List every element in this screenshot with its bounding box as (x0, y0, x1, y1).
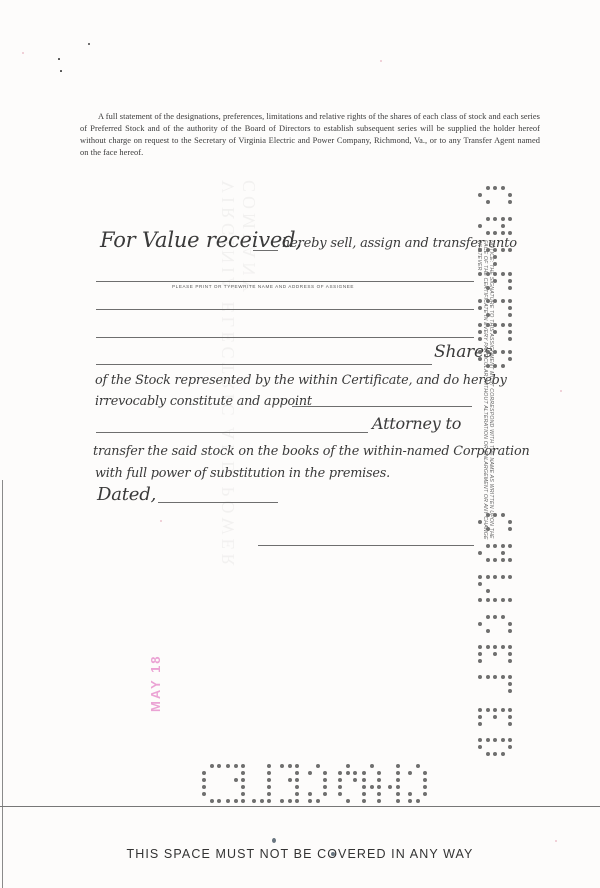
attorney-line[interactable] (96, 432, 368, 433)
perforation-dot (493, 272, 497, 276)
perforation-dot (486, 589, 490, 593)
perforation-dot (508, 286, 512, 290)
perforation-dot (295, 785, 299, 789)
perforation-dot (295, 764, 299, 768)
perforation-dot (346, 764, 350, 768)
stock-represented-text: of the Stock represented by the within C… (95, 373, 507, 388)
substitution-text: with full power of substitution in the p… (95, 466, 390, 481)
perforation-dot (486, 200, 490, 204)
perforation-dot (486, 615, 490, 619)
perforation-dot (408, 792, 412, 796)
perforation-dot (423, 771, 427, 775)
assignee-caption: PLEASE PRINT OR TYPEWRITE NAME AND ADDRE… (172, 284, 354, 289)
perforation-dot (316, 799, 320, 803)
perforation-dot (493, 255, 497, 259)
blank-line (253, 250, 278, 251)
perforation-dot (501, 231, 505, 235)
dated-label: Dated, (97, 484, 156, 505)
perforation-dot (493, 752, 497, 756)
perforation-dot (202, 771, 206, 775)
perforation-dot (423, 778, 427, 782)
perforation-dot (486, 323, 490, 327)
do-not-cover-notice: THIS SPACE MUST NOT BE COVERED IN ANY WA… (0, 847, 600, 861)
perforation-dot (338, 771, 342, 775)
perforation-dot (478, 659, 482, 663)
perforation-dot (478, 722, 482, 726)
perforation-dot (508, 299, 512, 303)
perforation-dot (362, 792, 366, 796)
perforation-dot (501, 708, 505, 712)
perforation-dot (493, 350, 497, 354)
perforation-dot (493, 299, 497, 303)
perforation-dot (508, 520, 512, 524)
perforation-dot (478, 357, 482, 361)
perforation-dot (486, 527, 490, 531)
irrevocably-text: irrevocably constitute and appoint (95, 394, 312, 409)
perforation-dot (202, 778, 206, 782)
perforation-dot (241, 799, 245, 803)
perforation-dot (316, 764, 320, 768)
perforation-dot (508, 689, 512, 693)
perforation-dot (210, 764, 214, 768)
perforation-dot (508, 200, 512, 204)
perforation-dot (478, 520, 482, 524)
perforation-dot (323, 778, 327, 782)
perforation-dot (501, 738, 505, 742)
perforation-dot (493, 279, 497, 283)
perforation-dot (323, 785, 327, 789)
perforation-dot (202, 785, 206, 789)
perforation-dot (478, 582, 482, 586)
perforation-dot (210, 799, 214, 803)
perforation-dot (508, 715, 512, 719)
perforation-dot (226, 764, 230, 768)
perforation-dot (478, 551, 482, 555)
rights-statement: A full statement of the designations, pr… (80, 111, 540, 159)
perforation-dot (478, 272, 482, 276)
perforation-dot (416, 764, 420, 768)
perforation-dot (508, 652, 512, 656)
perforation-dot (501, 299, 505, 303)
perforation-dot (478, 652, 482, 656)
date-stamp: MAY 18 (148, 632, 168, 712)
perforation-dot (486, 286, 490, 290)
perforation-dot (501, 350, 505, 354)
perforation-dot (508, 575, 512, 579)
perforation-dot (217, 799, 221, 803)
perforation-dot (508, 272, 512, 276)
perforation-dot (295, 771, 299, 775)
perforation-dot (508, 330, 512, 334)
perforation-dot (508, 217, 512, 221)
bleed-through-text: VIRGINIA ELECTRIC AND POWER COMPANY (218, 180, 240, 680)
perforation-dot (508, 350, 512, 354)
perforation-dot (323, 792, 327, 796)
perforation-dot (501, 551, 505, 555)
perforation-dot (252, 799, 256, 803)
perforation-dot (362, 778, 366, 782)
perforation-dot (508, 738, 512, 742)
perforation-dot (493, 364, 497, 368)
perforation-dot (508, 682, 512, 686)
perforation-dot (486, 272, 490, 276)
perforation-dot (493, 231, 497, 235)
perforation-dot (501, 645, 505, 649)
perforation-dot (501, 675, 505, 679)
bottom-margin-line (0, 806, 600, 807)
perforation-dot (501, 224, 505, 228)
perforation-dot (377, 771, 381, 775)
rights-statement-text: A full statement of the designations, pr… (80, 112, 540, 157)
perforation-dot (486, 350, 490, 354)
perforation-dot (486, 675, 490, 679)
perforation-dot (267, 771, 271, 775)
stock-certificate-back: A full statement of the designations, pr… (0, 0, 600, 888)
perforation-dot (308, 771, 312, 775)
speck (380, 60, 382, 62)
perforation-dot (478, 248, 482, 252)
perforation-dot (478, 224, 482, 228)
perforation-dot (241, 764, 245, 768)
perforation-dot (396, 792, 400, 796)
perforation-dot (508, 193, 512, 197)
perforation-dot (388, 785, 392, 789)
perforation-dot (267, 764, 271, 768)
speck (22, 52, 24, 54)
perforation-dot (493, 323, 497, 327)
perforation-dot (478, 745, 482, 749)
staple-mark (331, 852, 335, 856)
perforation-dot (493, 330, 497, 334)
perforation-dot (508, 337, 512, 341)
perforation-dot (486, 248, 490, 252)
perforation-dot (493, 645, 497, 649)
perforation-dot (338, 785, 342, 789)
perforation-dot (478, 675, 482, 679)
perforation-dot (288, 764, 292, 768)
perforation-dot (478, 715, 482, 719)
perforation-dot (478, 330, 482, 334)
perforation-dot (493, 715, 497, 719)
perforation-dot (346, 771, 350, 775)
perforation-dot (370, 785, 374, 789)
assignee-line-2[interactable] (96, 309, 474, 310)
perforation-dot (478, 350, 482, 354)
perforation-dot (486, 544, 490, 548)
perforation-dot (267, 792, 271, 796)
assignee-line-3[interactable] (96, 337, 474, 338)
staple-mark (272, 838, 276, 843)
perforation-dot (338, 778, 342, 782)
perforation-dot (493, 675, 497, 679)
transfer-text: transfer the said stock on the books of … (93, 444, 530, 459)
perforation-dot (493, 598, 497, 602)
perforation-dot (295, 799, 299, 803)
perforation-dot (486, 708, 490, 712)
perforation-dot (478, 323, 482, 327)
perforation-dot (486, 738, 490, 742)
perforation-dot (478, 193, 482, 197)
perforation-dot (323, 771, 327, 775)
perforation-dot (508, 708, 512, 712)
perforation-dot (267, 785, 271, 789)
perforation-dot (493, 262, 497, 266)
perforation-dot (234, 764, 238, 768)
perforation-dot (486, 313, 490, 317)
perforation-dot (508, 722, 512, 726)
perforation-dot (396, 778, 400, 782)
perforation-dot (508, 558, 512, 562)
perforation-dot (501, 598, 505, 602)
perforation-dot (377, 778, 381, 782)
perforation-dot (508, 659, 512, 663)
perforation-dot (295, 778, 299, 782)
perforation-dot (486, 645, 490, 649)
perforation-dot (288, 799, 292, 803)
perforation-dot (353, 771, 357, 775)
perforation-dot (396, 771, 400, 775)
perforation-dot (508, 527, 512, 531)
perforation-dot (486, 186, 490, 190)
perforation-dot (423, 785, 427, 789)
perforation-dot (478, 299, 482, 303)
signature-line[interactable] (258, 545, 474, 546)
perforation-dot (377, 799, 381, 803)
perforation-dot (308, 792, 312, 796)
perforation-dot (493, 558, 497, 562)
perforation-dot (295, 792, 299, 796)
perforation-dot (501, 272, 505, 276)
perforation-dot (202, 792, 206, 796)
perforation-dot (493, 513, 497, 517)
perforation-dot (501, 615, 505, 619)
perforation-dot (508, 357, 512, 361)
perforation-dot (501, 544, 505, 548)
perforation-dot (234, 799, 238, 803)
perforation-dot (486, 575, 490, 579)
perforation-dot (508, 645, 512, 649)
perforation-dot (346, 799, 350, 803)
perforation-dot (280, 799, 284, 803)
perforation-dot (508, 544, 512, 548)
perforation-dot (396, 764, 400, 768)
perforation-dot (241, 785, 245, 789)
perforation-dot (508, 629, 512, 633)
perforation-dot (396, 799, 400, 803)
perforation-dot (478, 622, 482, 626)
perforation-dot (508, 248, 512, 252)
perforation-dot (508, 231, 512, 235)
perforation-dot (493, 615, 497, 619)
shares-line[interactable] (96, 364, 432, 365)
perforation-dot (377, 792, 381, 796)
perforation-dot (501, 513, 505, 517)
perforation-dot (501, 248, 505, 252)
perforation-dot (370, 764, 374, 768)
perforation-dot (234, 778, 238, 782)
perforation-dot (362, 771, 366, 775)
perforation-dot (501, 752, 505, 756)
perforation-dot (493, 708, 497, 712)
speck (160, 520, 162, 522)
perforation-dot (508, 598, 512, 602)
perforation-dot (226, 799, 230, 803)
perforation-dot (408, 799, 412, 803)
perforation-dot (486, 231, 490, 235)
perforation-dot (493, 217, 497, 221)
perforation-dot (362, 785, 366, 789)
perforation-dot (478, 738, 482, 742)
perforation-dot (508, 279, 512, 283)
speck (60, 70, 62, 72)
perforation-dot (280, 764, 284, 768)
perforation-dot (493, 248, 497, 252)
signature-notice: NOTICE: THE SIGNATURE TO THIS ASSIGNMENT… (478, 240, 494, 540)
perforation-dot (508, 306, 512, 310)
perforation-dot (486, 364, 490, 368)
perforation-dot (501, 364, 505, 368)
perforation-dot (493, 738, 497, 742)
perforation-dot (416, 799, 420, 803)
perforation-dot (478, 598, 482, 602)
perforation-dot (423, 792, 427, 796)
speck (58, 58, 60, 60)
perforation-dot (377, 785, 381, 789)
perforation-dot (241, 771, 245, 775)
perforation-dot (260, 799, 264, 803)
perforation-dot (267, 778, 271, 782)
speck (555, 840, 557, 842)
perforation-dot (486, 752, 490, 756)
perforation-dot (493, 544, 497, 548)
perforation-dot (501, 323, 505, 327)
date-line[interactable] (158, 502, 278, 503)
perforation-dot (508, 745, 512, 749)
perforation-dot (478, 337, 482, 341)
perforation-dot (501, 186, 505, 190)
perforation-dot (338, 792, 342, 796)
perforation-dot (486, 513, 490, 517)
page-edge-line (2, 480, 3, 888)
perforation-dot (486, 299, 490, 303)
speck (560, 390, 562, 392)
perforation-dot (508, 622, 512, 626)
perforation-dot (493, 186, 497, 190)
perforation-dot (486, 598, 490, 602)
perforation-dot (267, 799, 271, 803)
perforation-dot (493, 652, 497, 656)
perforation-dot (241, 778, 245, 782)
speck (88, 43, 90, 45)
perforation-dot (501, 558, 505, 562)
perforation-dot (288, 778, 292, 782)
perforation-dot (508, 675, 512, 679)
perforation-dot (486, 629, 490, 633)
perforation-dot (217, 764, 221, 768)
attorney-label: Attorney to (372, 414, 461, 433)
perforation-dot (478, 708, 482, 712)
perforation-dot (501, 217, 505, 221)
perforation-dot (478, 645, 482, 649)
perforation-dot (308, 799, 312, 803)
assignee-line-1[interactable] (96, 281, 474, 282)
perforation-dot (241, 792, 245, 796)
attorney-name-line[interactable] (292, 406, 472, 407)
perforation-dot (396, 785, 400, 789)
for-value-received: For Value received, (100, 228, 302, 252)
perforation-dot (486, 217, 490, 221)
perforation-dot (493, 575, 497, 579)
perforation-dot (478, 306, 482, 310)
perforation-dot (362, 799, 366, 803)
perforation-dot (353, 778, 357, 782)
perforation-dot (501, 575, 505, 579)
perforation-dot (508, 323, 512, 327)
perforation-dot (478, 575, 482, 579)
perforation-dot (508, 313, 512, 317)
perforation-dot (486, 558, 490, 562)
perforation-dot (408, 771, 412, 775)
